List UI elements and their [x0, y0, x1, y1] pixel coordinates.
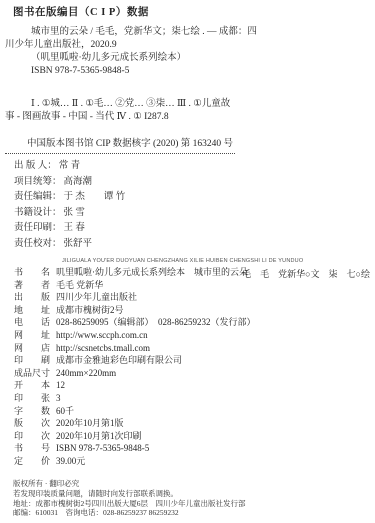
colophon-row: 印张3: [14, 392, 256, 405]
cip-classification-block: Ⅰ . ①城… Ⅱ . ①毛… ②党… ③柒… Ⅲ . ①儿童故 事 - 图画故…: [5, 98, 371, 124]
staff-role-label: 项目统筹：: [14, 177, 62, 187]
series-note: （叽里呱啦·幼儿多元成长系列绘本）: [5, 52, 371, 65]
colophon-field-label: 成品尺寸: [14, 367, 50, 380]
staff-person-name: 于 杰 谭 竹: [64, 192, 126, 202]
colophon-field-label: 印次: [14, 430, 50, 443]
colophon-row: 电话028-86259095（编辑部） 028-86259232（发行部）: [14, 316, 256, 329]
colophon-field-label: 定价: [14, 455, 50, 468]
colophon-row: 书号ISBN 978-7-5365-9848-5: [14, 442, 256, 455]
colophon-field-label: 印张: [14, 392, 50, 405]
staff-role-label: 责任校对：: [14, 239, 62, 249]
colophon-field-value: http://scsnetcbs.tmall.com: [56, 343, 150, 353]
staff-role-label: 责任编辑：: [14, 192, 62, 202]
colophon-field-value: 39.00元: [56, 456, 85, 466]
staff-row: 责任印刷：王 春: [14, 221, 125, 237]
colophon-field-value: 3: [56, 393, 61, 403]
colophon-field-value: 240mm×220mm: [56, 368, 116, 378]
classification-line1: Ⅰ . ①城… Ⅱ . ①毛… ②党… ③柒… Ⅲ . ①儿童故: [5, 98, 371, 111]
colophon-field-label: 著者: [14, 279, 50, 292]
colophon-field-label: 电话: [14, 316, 50, 329]
colophon-row: 开本12: [14, 379, 256, 392]
colophon-field-value: 60千: [56, 406, 74, 416]
colophon-field-value: 2020年10月第1次印刷: [56, 431, 142, 441]
staff-person-name: 常 青: [59, 161, 80, 171]
colophon-field-label: 开本: [14, 379, 50, 392]
colophon-field-label: 书名: [14, 266, 50, 279]
colophon-field-value: 028-86259095（编辑部） 028-86259232（发行部）: [56, 317, 256, 327]
colophon-row: 著者毛毛 党新华: [14, 279, 256, 292]
colophon-row: 出版四川少年儿童出版社: [14, 291, 256, 304]
colophon-field-value: 2020年10月第1版: [56, 418, 124, 428]
colophon-row: 书名叽里呱啦·幼儿多元成长系列绘本 城市里的云朵: [14, 266, 256, 279]
colophon-field-value: 四川少年儿童出版社: [56, 292, 137, 302]
colophon-field-label: 网店: [14, 342, 50, 355]
colophon-row: 地址成都市槐树街2号: [14, 304, 256, 317]
colophon-field-label: 地址: [14, 304, 50, 317]
title-pinyin: JILIGUALA YOU'ER DUOYUAN CHENGZHANG XILI…: [62, 258, 303, 264]
colophon-row: 成品尺寸240mm×220mm: [14, 367, 256, 380]
staff-person-name: 高海潮: [64, 177, 93, 187]
staff-person-name: 王 春: [64, 223, 85, 233]
colophon-field-label: 出版: [14, 291, 50, 304]
colophon-field-value: 成都市金雅迪彩色印刷有限公司: [56, 355, 182, 365]
colophon-field-label: 书号: [14, 442, 50, 455]
colophon-field-value: 成都市槐树街2号: [56, 305, 124, 315]
copyright-notice-line: 地址：成都市槐树街2号四川出版大厦6层 四川少年儿童出版社发行部: [13, 499, 246, 509]
staff-row: 责任校对：张舒平: [14, 237, 125, 253]
staff-person-name: 张 雪: [64, 208, 85, 218]
colophon-field-value: ISBN 978-7-5365-9848-5: [56, 443, 149, 453]
colophon-row: 网址http://www.sccph.com.cn: [14, 329, 256, 342]
isbn-line: ISBN 978-7-5365-9848-5: [5, 65, 371, 78]
staff-role-label: 出 版 人：: [14, 161, 57, 171]
copyright-notice-line: 若发现印装质量问题，请随时向发行部联系调换。: [13, 489, 246, 499]
staff-row: 书籍设计：张 雪: [14, 206, 125, 222]
colophon-field-value: http://www.sccph.com.cn: [56, 330, 148, 340]
colophon-field-label: 印刷: [14, 354, 50, 367]
staff-role-label: 书籍设计：: [14, 208, 62, 218]
cip-description-line1: 城市里的云朵 / 毛毛，党新华文；柒七绘 . — 成都：四: [5, 26, 371, 39]
copyright-notice-line: 版权所有 · 翻印必究: [13, 479, 246, 489]
book-copyright-page: 图书在版编目（C I P）数据 城市里的云朵 / 毛毛，党新华文；柒七绘 . —…: [0, 0, 375, 523]
dotted-divider: [5, 147, 235, 154]
colophon-row: 字数60千: [14, 405, 256, 418]
copyright-notice-line: 邮编：610031 咨询电话：028-86259237 86259232: [13, 508, 246, 518]
colophon-field-value: 叽里呱啦·幼儿多元成长系列绘本 城市里的云朵: [56, 267, 248, 277]
staff-person-name: 张舒平: [64, 239, 93, 249]
colophon-row: 版次2020年10月第1版: [14, 417, 256, 430]
cip-description-block: 城市里的云朵 / 毛毛，党新华文；柒七绘 . — 成都：四 川少年儿童出版社，2…: [5, 26, 371, 78]
staff-row: 责任编辑：于 杰 谭 竹: [14, 190, 125, 206]
colophon-field-label: 版次: [14, 417, 50, 430]
staff-row: 出 版 人：常 青: [14, 159, 125, 175]
colophon-field-label: 字数: [14, 405, 50, 418]
colophon-field-value: 12: [56, 380, 65, 390]
colophon-row: 印刷成都市金雅迪彩色印刷有限公司: [14, 354, 256, 367]
staff-row: 项目统筹：高海潮: [14, 175, 125, 191]
colophon-field-value: 毛毛 党新华: [56, 280, 103, 290]
publishing-staff-list: 出 版 人：常 青 项目统筹：高海潮 责任编辑：于 杰 谭 竹 书籍设计：张 雪…: [14, 159, 125, 253]
colophon-field-label: 网址: [14, 329, 50, 342]
colophon-row: 网店http://scsnetcbs.tmall.com: [14, 342, 256, 355]
cip-data-heading: 图书在版编目（C I P）数据: [13, 4, 149, 19]
colophon-row: 定价39.00元: [14, 455, 256, 468]
cip-description-line2: 川少年儿童出版社，2020.9: [5, 39, 371, 52]
copyright-notice-block: 版权所有 · 翻印必究 若发现印装质量问题，请随时向发行部联系调换。 地址：成都…: [13, 479, 246, 518]
author-illustrator-credits: 毛 毛 党新华○文 柒 七○绘: [242, 267, 370, 280]
colophon-details-list: 书名叽里呱啦·幼儿多元成长系列绘本 城市里的云朵 著者毛毛 党新华 出版四川少年…: [14, 266, 256, 468]
staff-role-label: 责任印刷：: [14, 223, 62, 233]
classification-line2: 事 - 图画故事 - 中国 - 当代 Ⅳ . ① I287.8: [5, 111, 371, 124]
colophon-row: 印次2020年10月第1次印刷: [14, 430, 256, 443]
